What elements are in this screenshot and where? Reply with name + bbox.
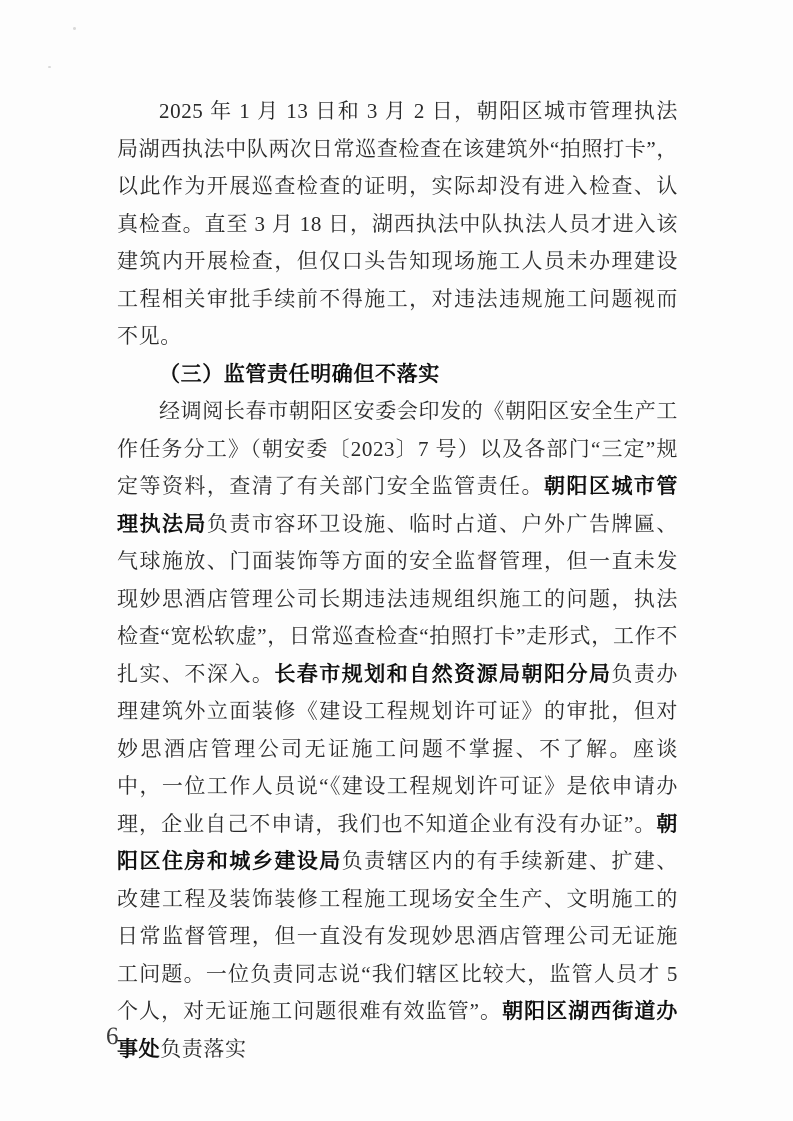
body-text: 负责办理建筑外立面装修《建设工程规划许可证》的审批，但对妙思酒店管理公司无证施工… xyxy=(117,662,678,836)
body-text: 负责辖区内的有手续新建、扩建、改建工程及装饰装修工程施工现场安全生产、文明施工的… xyxy=(117,849,678,1023)
scan-artifact-speck xyxy=(73,27,76,30)
body-text: 负责市容环卫设施、临时占道、户外广告牌匾、气球施放、门面装饰等方面的安全监督管理… xyxy=(117,512,678,686)
heading-text: （三）监管责任明确但不落实 xyxy=(159,363,440,386)
page-number: 6 xyxy=(106,1021,119,1053)
body-text: 负责落实 xyxy=(160,1037,246,1061)
body-text: 2025 年 1 月 13 日和 3 月 2 日，朝阳区城市管理执法局湖西执法中… xyxy=(117,99,678,348)
document-page: 2025 年 1 月 13 日和 3 月 2 日，朝阳区城市管理执法局湖西执法中… xyxy=(0,0,793,1121)
section-heading-three: （三）监管责任明确但不落实 xyxy=(117,356,678,394)
document-body: 2025 年 1 月 13 日和 3 月 2 日，朝阳区城市管理执法局湖西执法中… xyxy=(117,93,678,1068)
scan-artifact-speck xyxy=(48,66,51,68)
paragraph-regulatory-responsibility: 经调阅长春市朝阳区安委会印发的《朝阳区安全生产工作任务分工》（朝安委〔2023〕… xyxy=(117,393,678,1068)
emphasis-agency-name: 长春市规划和自然资源局朝阳分局 xyxy=(274,663,611,686)
paragraph-patrol-inspection: 2025 年 1 月 13 日和 3 月 2 日，朝阳区城市管理执法局湖西执法中… xyxy=(117,93,678,356)
